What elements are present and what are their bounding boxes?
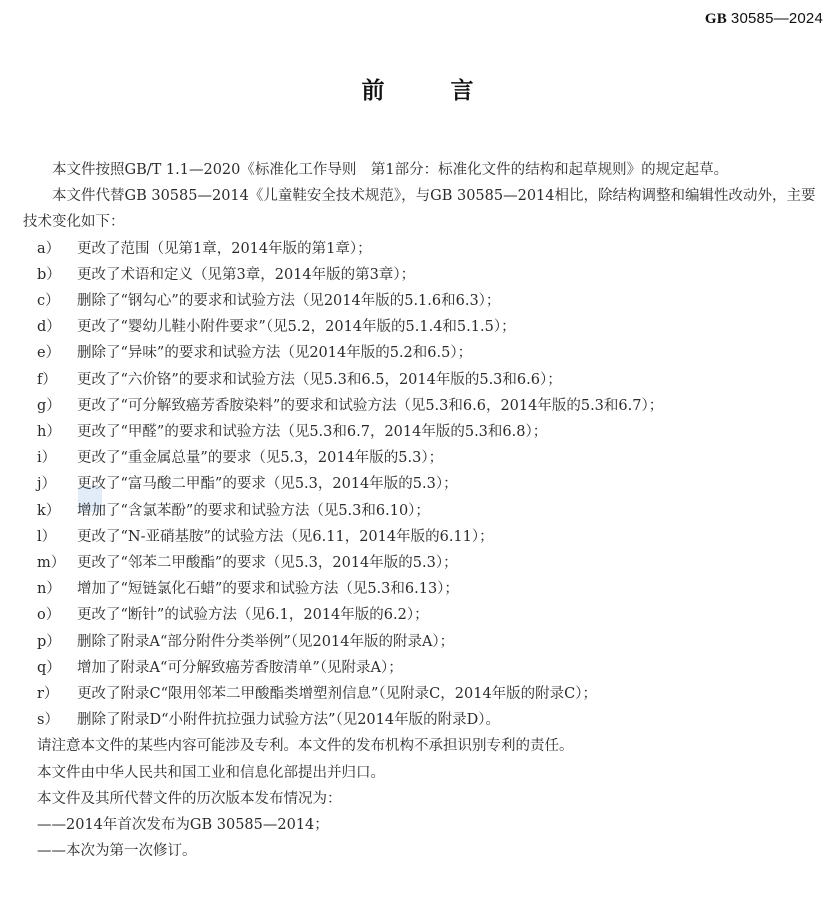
list-item: d）更改了“婴幼儿鞋小附件要求”（见5.2，2014年版的5.1.4和5.1.5… (23, 314, 823, 340)
list-item: g）更改了“可分解致癌芳香胺染料”的要求和试验方法（见5.3和6.6，2014年… (23, 393, 823, 419)
list-item: s）删除了附录D“小附件抗拉强力试验方法”（见2014年版的附录D）。 (23, 707, 823, 733)
list-item: i）更改了“重金属总量”的要求（见5.3，2014年版的5.3）； (23, 445, 823, 471)
list-item: o）更改了“断针”的试验方法（见6.1，2014年版的6.2）； (23, 602, 823, 628)
list-item: p）删除了附录A“部分附件分类举例”（见2014年版的附录A）； (23, 629, 823, 655)
list-item: f）更改了“六价铬”的要求和试验方法（见5.3和6.5，2014年版的5.3和6… (23, 367, 823, 393)
list-item: r）更改了附录C“限用邻苯二甲酸酯类增塑剂信息”（见附录C，2014年版的附录C… (23, 681, 823, 707)
list-item: l）更改了“N-亚硝基胺”的试验方法（见6.11，2014年版的6.11）； (23, 524, 823, 550)
list-item: k）增加了“含氯苯酚”的要求和试验方法（见5.3和6.10）； (23, 498, 823, 524)
list-item: j）更改了“富马酸二甲酯”的要求（见5.3，2014年版的5.3）； (23, 471, 823, 497)
proposer-statement: 本文件由中华人民共和国工业和信息化部提出并归口。 (23, 760, 823, 786)
list-item: b）更改了术语和定义（见第3章，2014年版的第3章）； (23, 262, 823, 288)
list-item: c）删除了“钢勾心”的要求和试验方法（见2014年版的5.1.6和6.3）； (23, 288, 823, 314)
intro-paragraph-2: 本文件代替GB 30585—2014《儿童鞋安全技术规范》，与GB 30585—… (23, 183, 823, 235)
list-item: m）更改了“邻苯二甲酸酯”的要求（见5.3，2014年版的5.3）； (23, 550, 823, 576)
history-intro: 本文件及其所代替文件的历次版本发布情况为： (23, 786, 823, 812)
intro-paragraph-1: 本文件按照GB/T 1.1—2020《标准化工作导则 第1部分：标准化文件的结构… (23, 157, 823, 183)
standard-code: 30585—2024 (731, 10, 823, 27)
list-item: e）删除了“异味”的要求和试验方法（见2014年版的5.2和6.5）； (23, 340, 823, 366)
patent-notice: 请注意本文件的某些内容可能涉及专利。本文件的发布机构不承担识别专利的责任。 (23, 733, 823, 759)
list-item: q）增加了附录A“可分解致癌芳香胺清单”（见附录A）； (23, 655, 823, 681)
history-item: ——本次为第一次修订。 (23, 838, 823, 864)
foreword-body: 本文件按照GB/T 1.1—2020《标准化工作导则 第1部分：标准化文件的结构… (23, 157, 823, 864)
title-char-1: 前 (362, 72, 385, 105)
list-item: n）增加了“短链氯化石蜡”的要求和试验方法（见5.3和6.13）； (23, 576, 823, 602)
history-item: ——2014年首次发布为GB 30585—2014； (23, 812, 823, 838)
changes-list: a）更改了范围（见第1章，2014年版的第1章）； b）更改了术语和定义（见第3… (23, 236, 823, 734)
list-item: h）更改了“甲醛”的要求和试验方法（见5.3和6.7，2014年版的5.3和6.… (23, 419, 823, 445)
standard-number: GB30585—2024 (705, 10, 823, 28)
standard-prefix: GB (705, 11, 727, 27)
title-char-2: 言 (451, 72, 474, 105)
list-item: a）更改了范围（见第1章，2014年版的第1章）； (23, 236, 823, 262)
page-title: 前言 (0, 72, 835, 105)
